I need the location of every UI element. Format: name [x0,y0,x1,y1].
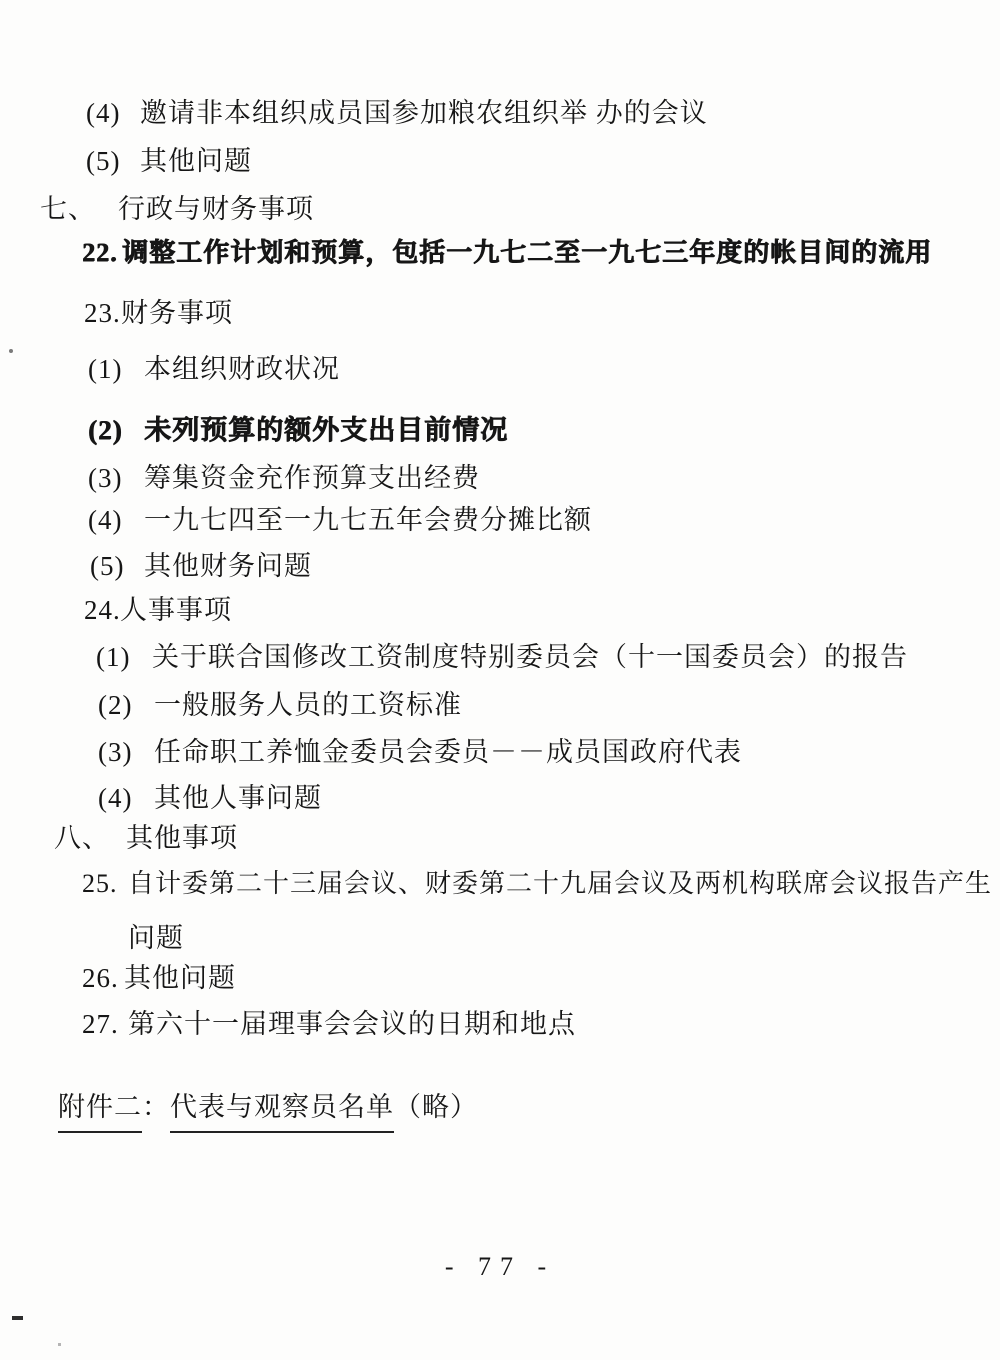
agenda-section-7: 七、 行政与财务事项 [40,192,314,226]
agenda-item-25-continuation: 问题 [128,921,184,955]
item-text: 其他财务问题 [144,549,312,583]
item-marker: (3) [88,461,144,495]
agenda-item-26: 26. 其他问题 [82,961,236,995]
agenda-item-27: 27. 第六十一届理事会会议的日期和地点 [82,1007,576,1041]
item-text: 问题 [128,921,184,955]
annex-colon: ： [142,1090,170,1124]
item-marker: 24. [84,593,120,627]
agenda-item-23-sub-5: (5) 其他财务问题 [90,549,312,583]
item-marker: 25. [82,867,128,901]
item-text: 第六十一届理事会会议的日期和地点 [128,1007,576,1041]
agenda-item-23-sub-3: (3) 筹集资金充作预算支出经费 [88,461,480,495]
item-marker: (4) [98,781,154,815]
page-number: - 77 - [0,1252,1000,1282]
item-marker: (4) [88,503,144,537]
item-marker: 27. [82,1007,128,1041]
agenda-subitem-5: (5) 其他问题 [86,144,252,178]
agenda-item-24-sub-3: (3) 任命职工养恤金委员会委员－－成员国政府代表 [98,735,742,769]
item-text: 任命职工养恤金委员会委员－－成员国政府代表 [154,735,742,769]
item-marker: (1) [96,640,152,674]
agenda-item-23-sub-4: (4) 一九七四至一九七五年会费分摊比额 [88,503,592,537]
scan-artifact-dash [12,1316,23,1320]
item-text: 其他人事问题 [154,781,322,815]
agenda-item-23-sub-1: (1) 本组织财政状况 [88,352,340,386]
agenda-item-24: 24. 人事事项 [84,593,232,627]
item-text: 一九七四至一九七五年会费分摊比额 [144,503,592,537]
item-text: 邀请非本组织成员国参加粮农组织举 办的会议 [140,96,708,130]
item-text: 自计委第二十三届会议、财委第二十九届会议及两机构联席会议报告产生 [128,867,992,901]
annex-title: 代表与观察员名单 [170,1090,394,1133]
item-marker: 23. [84,296,121,330]
agenda-item-23: 23. 财务事项 [84,296,233,330]
item-text: 筹集资金充作预算支出经费 [144,461,480,495]
item-marker: (2) [98,688,154,722]
item-marker: 26. [82,961,124,995]
section-title: 行政与财务事项 [118,192,314,226]
section-title: 其他事项 [126,821,238,855]
item-marker: (1) [88,352,144,386]
annex-line: 附件二 ： 代表与观察员名单 （略） [58,1090,478,1133]
item-marker: (3) [98,735,154,769]
item-marker: (4) [86,96,140,130]
item-text: 未列预算的额外支出目前情况 [144,413,508,447]
section-marker: 七、 [40,192,118,226]
item-text: 一般服务人员的工资标准 [154,688,462,722]
agenda-item-23-sub-2: (2) 未列预算的额外支出目前情况 [88,413,508,447]
section-marker: 八、 [54,821,126,855]
item-marker: (5) [90,549,144,583]
agenda-item-24-sub-4: (4) 其他人事问题 [98,781,322,815]
item-text: 其他问题 [140,144,252,178]
agenda-item-24-sub-2: (2) 一般服务人员的工资标准 [98,688,462,722]
item-marker: (5) [86,144,140,178]
item-marker: (2) [88,413,144,447]
scan-artifact-speck [58,1343,61,1346]
agenda-subitem-4: (4) 邀请非本组织成员国参加粮农组织举 办的会议 [86,96,708,130]
item-text: 关于联合国修改工资制度特别委员会（十一国委员会）的报告 [152,640,908,674]
agenda-item-24-sub-1: (1) 关于联合国修改工资制度特别委员会（十一国委员会）的报告 [96,640,908,674]
annex-note: （略） [394,1090,478,1124]
agenda-item-22: 22. 调整工作计划和预算，包括一九七二至一九七三年度的帐目间的流用 [82,236,932,270]
scan-artifact-dot [9,349,13,353]
item-text: 财务事项 [121,296,233,330]
item-marker: 22. [82,236,122,270]
item-text: 本组织财政状况 [144,352,340,386]
item-text: 调整工作计划和预算，包括一九七二至一九七三年度的帐目间的流用 [122,236,932,270]
item-text: 人事事项 [120,593,232,627]
agenda-item-25: 25. 自计委第二十三届会议、财委第二十九届会议及两机构联席会议报告产生 [82,867,992,901]
agenda-section-8: 八、 其他事项 [54,821,238,855]
scanned-page: { "document": { "items": [ {"marker": "(… [0,0,1000,1360]
annex-label: 附件二 [58,1090,142,1133]
item-text: 其他问题 [124,961,236,995]
